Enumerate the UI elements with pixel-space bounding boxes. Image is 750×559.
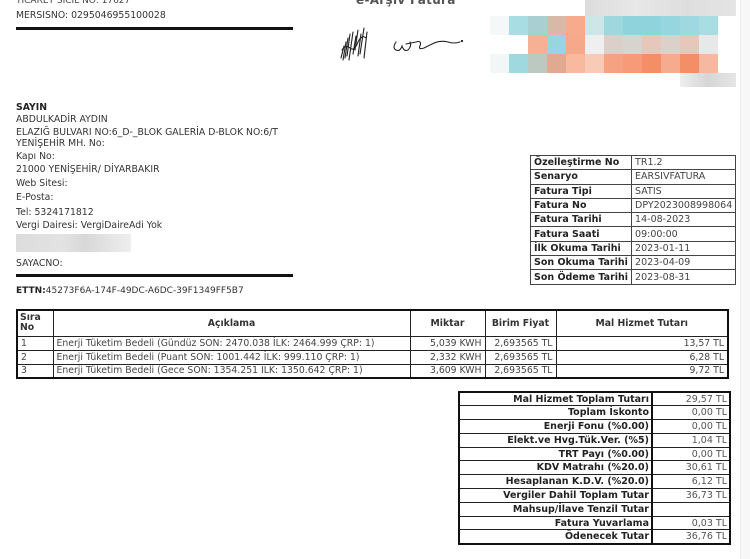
info-key: Son Ödeme Tarihi	[531, 270, 632, 284]
info-value: 14-08-2023	[632, 213, 736, 227]
totals-key: Fatura Yuvarlama	[459, 516, 652, 530]
info-value: TR1.2	[632, 156, 736, 170]
col-amount: Mal Hizmet Tutarı	[556, 310, 728, 336]
qr-code	[490, 6, 736, 86]
info-row: Son Okuma Tarihi2023-04-09	[531, 256, 736, 270]
row-unit-price: 2,693565 TL	[485, 364, 556, 378]
info-key: Fatura Tarihi	[531, 213, 632, 227]
totals-value	[652, 502, 730, 516]
redacted-tax-number	[16, 234, 131, 252]
info-row: Fatura Saati09:00:00	[531, 227, 736, 241]
totals-row: TRT Payı (%0.00)0,00 TL	[459, 447, 730, 461]
row-amount: 13,57 TL	[556, 336, 728, 350]
phone: Tel: 5324171812	[16, 207, 278, 219]
email: E-Posta:	[16, 192, 278, 204]
ettn-label: ETTN:	[16, 286, 46, 296]
row-quantity: 2,332 KWH	[410, 350, 485, 364]
col-quantity: Miktar	[410, 310, 485, 336]
totals-value: 1,04 TL	[652, 433, 730, 447]
totals-key: Enerji Fonu (%0.00)	[459, 420, 652, 434]
info-row: Son Ödeme Tarihi2023-08-31	[531, 270, 736, 284]
invoice-info-table: Özelleştirme NoTR1.2SenaryoEARSIVFATURAF…	[530, 155, 736, 285]
row-quantity: 3,609 KWH	[410, 364, 485, 378]
meter-number: SAYACNO:	[16, 258, 63, 269]
ettn: ETTN:45273F6A-174F-49DC-A6DC-39F1349FF5B…	[16, 286, 244, 296]
mersis-number: MERSISNO: 0295046955100028	[16, 10, 166, 21]
row-no: 2	[17, 350, 53, 364]
divider	[16, 27, 293, 30]
ettn-value: 45273F6A-174F-49DC-A6DC-39F1349FF5B7	[46, 286, 244, 296]
door-number: Kapı No:	[16, 151, 278, 163]
totals-row: Toplam İskonto0,00 TL	[459, 406, 730, 420]
totals-key: Vergiler Dahil Toplam Tutar	[459, 489, 652, 503]
website: Web Sitesi:	[16, 178, 278, 190]
line-items-table: SıraNo Açıklama Miktar Birim Fiyat Mal H…	[16, 309, 729, 379]
page-scrollbar[interactable]	[740, 0, 750, 559]
info-key: Son Okuma Tarihi	[531, 256, 632, 270]
info-value: SATIS	[632, 184, 736, 198]
table-row: 3Enerji Tüketim Bedeli (Gece SON: 1354.2…	[17, 364, 728, 378]
tax-office: Vergi Dairesi: VergiDaireAdi Yok	[16, 220, 278, 232]
info-row: Fatura TipiSATIS	[531, 184, 736, 198]
info-row: Fatura NoDPY2023008998064	[531, 198, 736, 212]
row-unit-price: 2,693565 TL	[485, 336, 556, 350]
row-no: 3	[17, 364, 53, 378]
totals-row: Fatura Yuvarlama0,03 TL	[459, 516, 730, 530]
totals-row: Elekt.ve Hvg.Tük.Ver. (%5)1,04 TL	[459, 433, 730, 447]
row-description: Enerji Tüketim Bedeli (Gece SON: 1354.25…	[53, 364, 410, 378]
totals-row: Ödenecek Tutar36,76 TL	[459, 530, 730, 544]
divider	[16, 274, 293, 277]
document-title: e-Arşiv Fatura	[356, 0, 456, 7]
table-row: 2Enerji Tüketim Bedeli (Puant SON: 1001.…	[17, 350, 728, 364]
totals-table: Mal Hizmet Toplam Tutarı29,57 TLToplam İ…	[458, 391, 731, 545]
totals-key: KDV Matrahı (%20.0)	[459, 461, 652, 475]
info-value: 2023-01-11	[632, 241, 736, 255]
totals-value: 36,73 TL	[652, 489, 730, 503]
totals-row: KDV Matrahı (%20.0)30,61 TL	[459, 461, 730, 475]
totals-value: 0,03 TL	[652, 516, 730, 530]
col-unit-price: Birim Fiyat	[485, 310, 556, 336]
info-row: İlk Okuma Tarihi2023-01-11	[531, 241, 736, 255]
info-key: İlk Okuma Tarihi	[531, 241, 632, 255]
table-row: 1Enerji Tüketim Bedeli (Gündüz SON: 2470…	[17, 336, 728, 350]
table-header-row: SıraNo Açıklama Miktar Birim Fiyat Mal H…	[17, 310, 728, 336]
totals-key: TRT Payı (%0.00)	[459, 447, 652, 461]
salutation: SAYIN	[16, 102, 278, 114]
info-row: SenaryoEARSIVFATURA	[531, 170, 736, 184]
info-value: 2023-08-31	[632, 270, 736, 284]
row-amount: 6,28 TL	[556, 350, 728, 364]
info-key: Fatura No	[531, 198, 632, 212]
totals-row: Mal Hizmet Toplam Tutarı29,57 TL	[459, 392, 730, 406]
totals-key: Ödenecek Tutar	[459, 530, 652, 544]
customer-block: SAYIN ABDULKADİR AYDIN ELAZIĞ BULVARI NO…	[16, 102, 278, 232]
row-description: Enerji Tüketim Bedeli (Gündüz SON: 2470.…	[53, 336, 410, 350]
signature-icon	[336, 24, 471, 64]
totals-row: Mahsup/İlave Tenzil Tutar	[459, 502, 730, 516]
info-key: Özelleştirme No	[531, 156, 632, 170]
totals-row: Hesaplanan K.D.V. (%20.0)6,12 TL	[459, 475, 730, 489]
info-key: Fatura Saati	[531, 227, 632, 241]
info-value: 09:00:00	[632, 227, 736, 241]
totals-key: Toplam İskonto	[459, 406, 652, 420]
totals-key: Mahsup/İlave Tenzil Tutar	[459, 502, 652, 516]
totals-value: 0,00 TL	[652, 447, 730, 461]
totals-value: 30,61 TL	[652, 461, 730, 475]
row-quantity: 5,039 KWH	[410, 336, 485, 350]
col-description: Açıklama	[53, 310, 410, 336]
row-no: 1	[17, 336, 53, 350]
row-description: Enerji Tüketim Bedeli (Puant SON: 1001.4…	[53, 350, 410, 364]
totals-value: 36,76 TL	[652, 530, 730, 544]
totals-value: 0,00 TL	[652, 406, 730, 420]
totals-key: Mal Hizmet Toplam Tutarı	[459, 392, 652, 406]
totals-value: 0,00 TL	[652, 420, 730, 434]
row-amount: 9,72 TL	[556, 364, 728, 378]
info-row: Özelleştirme NoTR1.2	[531, 156, 736, 170]
info-key: Fatura Tipi	[531, 184, 632, 198]
totals-value: 6,12 TL	[652, 475, 730, 489]
info-key: Senaryo	[531, 170, 632, 184]
info-row: Fatura Tarihi14-08-2023	[531, 213, 736, 227]
customer-name: ABDULKADİR AYDIN	[16, 114, 278, 126]
seller-registry-cut-text: TICARET SICIL NO: 17627	[16, 0, 130, 6]
info-value: EARSIVFATURA	[632, 170, 736, 184]
totals-row: Vergiler Dahil Toplam Tutar36,73 TL	[459, 489, 730, 503]
city: 21000 YENİŞEHİR/ DİYARBAKIR	[16, 164, 278, 176]
col-sira-no: SıraNo	[17, 310, 53, 336]
totals-value: 29,57 TL	[652, 392, 730, 406]
totals-key: Elekt.ve Hvg.Tük.Ver. (%5)	[459, 433, 652, 447]
totals-key: Hesaplanan K.D.V. (%20.0)	[459, 475, 652, 489]
info-value: 2023-04-09	[632, 256, 736, 270]
totals-row: Enerji Fonu (%0.00)0,00 TL	[459, 420, 730, 434]
info-value: DPY2023008998064	[632, 198, 736, 212]
row-unit-price: 2,693565 TL	[485, 350, 556, 364]
